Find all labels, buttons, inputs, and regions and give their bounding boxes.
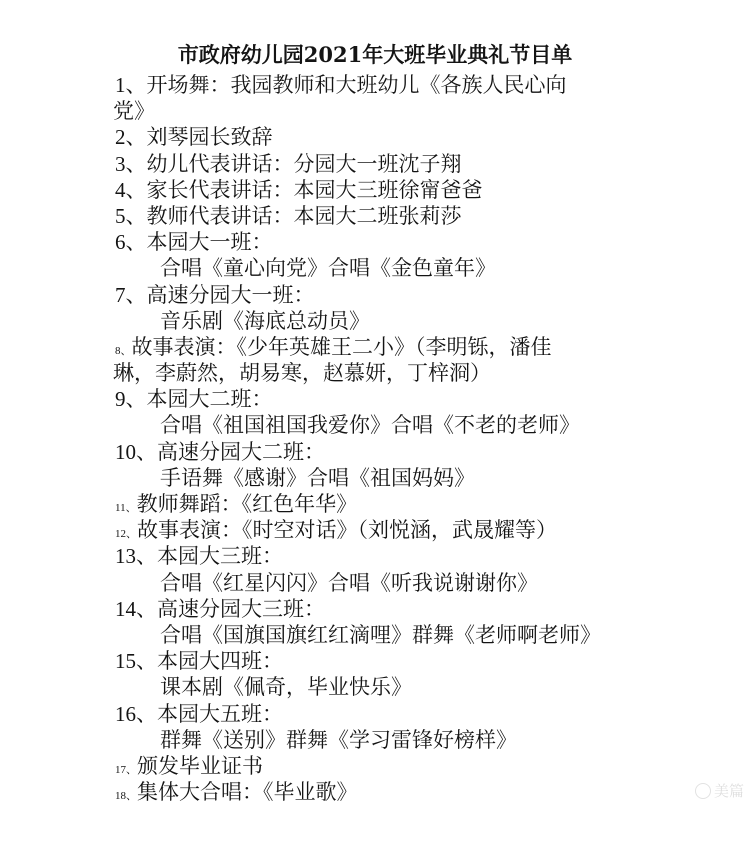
program-item-6: 6、本园大一班： [115,229,655,255]
item-text: 颁发毕业证书 [137,754,263,778]
program-item-1-cont: 党》 [113,98,655,124]
item-text: 集体大合唱：《毕业歌》 [137,780,358,804]
item-text: 高速分园大二班： [157,440,325,464]
item-text: 合唱《祖国祖国我爱你》合唱《不老的老师》 [160,413,580,437]
item-text: 故事表演：《少年英雄王二小》（李明铄，潘佳 [132,335,552,359]
item-number: 6、 [115,230,147,254]
item-text: 高速分园大三班： [157,597,325,621]
program-item-6-detail: 合唱《童心向党》合唱《金色童年》 [115,255,655,281]
program-item-14: 14、高速分园大三班： [115,596,655,622]
program-item-8-cont: 琳，李蔚然，胡易寒，赵慕妍，丁梓浻） [113,360,655,386]
program-item-8: 8、故事表演：《少年英雄王二小》（李明铄，潘佳 [115,334,655,360]
program-item-14-detail: 合唱《国旗国旗红红滴哩》群舞《老师啊老师》 [115,622,655,648]
item-text: 教师舞蹈：《红色年华》 [137,492,358,516]
item-text: 课本剧《佩奇，毕业快乐》 [160,675,412,699]
item-number: 2、 [115,125,147,149]
program-item-10-detail: 手语舞《感谢》合唱《祖国妈妈》 [115,465,655,491]
item-text: 合唱《国旗国旗红红滴哩》群舞《老师啊老师》 [160,623,601,647]
item-text: 本园大四班： [157,649,283,673]
item-text: 合唱《童心向党》合唱《金色童年》 [160,256,496,280]
program-item-18: 18、集体大合唱：《毕业歌》 [115,779,655,805]
item-number: 11、 [115,502,137,514]
item-number: 7、 [115,283,147,307]
item-text: 故事表演：《时空对话》（刘悦涵，武晟耀等） [137,518,557,542]
item-number: 10、 [115,440,157,464]
watermark-text: 美篇 [714,780,744,801]
item-number: 15、 [115,649,157,673]
item-text: 琳，李蔚然，胡易寒，赵慕妍，丁梓浻） [113,361,491,385]
item-number: 13、 [115,544,157,568]
program-item-15-detail: 课本剧《佩奇，毕业快乐》 [115,674,655,700]
item-text: 手语舞《感谢》合唱《祖国妈妈》 [160,466,475,490]
program-item-17: 17、颁发毕业证书 [115,753,655,779]
program-item-15: 15、本园大四班： [115,648,655,674]
item-text: 高速分园大一班： [147,283,315,307]
item-text: 合唱《红星闪闪》合唱《听我说谢谢你》 [160,571,538,595]
program-item-3: 3、幼儿代表讲话：分园大一班沈子翔 [115,151,655,177]
item-text: 家长代表讲话：本园大三班徐甯爸爸 [147,178,483,202]
program-list: 1、开场舞：我园教师和大班幼儿《各族人民心向 党》 2、刘琴园长致辞 3、幼儿代… [115,72,655,805]
item-number: 9、 [115,387,147,411]
program-item-11: 11、教师舞蹈：《红色年华》 [115,491,655,517]
program-item-1: 1、开场舞：我园教师和大班幼儿《各族人民心向 [115,72,655,98]
program-item-9-detail: 合唱《祖国祖国我爱你》合唱《不老的老师》 [115,412,655,438]
program-item-7: 7、高速分园大一班： [115,282,655,308]
item-text: 党》 [113,99,155,123]
item-text: 音乐剧《海底总动员》 [160,309,370,333]
item-text: 刘琴园长致辞 [147,125,273,149]
program-item-12: 12、故事表演：《时空对话》（刘悦涵，武晟耀等） [115,517,655,543]
item-text: 本园大三班： [157,544,283,568]
item-number: 16、 [115,702,157,726]
program-item-13: 13、本园大三班： [115,543,655,569]
program-item-9: 9、本园大二班： [115,386,655,412]
item-number: 8、 [115,345,132,357]
item-number: 5、 [115,204,147,228]
item-text: 开场舞：我园教师和大班幼儿《各族人民心向 [147,73,567,97]
item-text: 教师代表讲话：本园大二班张莉莎 [147,204,462,228]
program-item-13-detail: 合唱《红星闪闪》合唱《听我说谢谢你》 [115,570,655,596]
item-number: 3、 [115,152,147,176]
item-text: 本园大五班： [157,702,283,726]
item-text: 幼儿代表讲话：分园大一班沈子翔 [147,152,462,176]
item-number: 12、 [115,528,137,540]
item-number: 4、 [115,178,147,202]
watermark: 美篇 [695,780,744,801]
program-item-16-detail: 群舞《送别》群舞《学习雷锋好榜样》 [115,727,655,753]
program-item-7-detail: 音乐剧《海底总动员》 [115,308,655,334]
item-number: 14、 [115,597,157,621]
item-text: 群舞《送别》群舞《学习雷锋好榜样》 [160,728,517,752]
meipian-logo-icon [695,783,711,799]
program-item-10: 10、高速分园大二班： [115,439,655,465]
item-text: 本园大一班： [147,230,273,254]
program-item-5: 5、教师代表讲话：本园大二班张莉莎 [115,203,655,229]
item-number: 1、 [115,73,147,97]
item-text: 本园大二班： [147,387,273,411]
item-number: 17、 [115,764,137,776]
program-item-2: 2、刘琴园长致辞 [115,124,655,150]
program-item-16: 16、本园大五班： [115,701,655,727]
program-item-4: 4、家长代表讲话：本园大三班徐甯爸爸 [115,177,655,203]
document-title: 市政府幼儿园2021年大班毕业典礼节目单 [0,42,750,68]
item-number: 18、 [115,790,137,802]
